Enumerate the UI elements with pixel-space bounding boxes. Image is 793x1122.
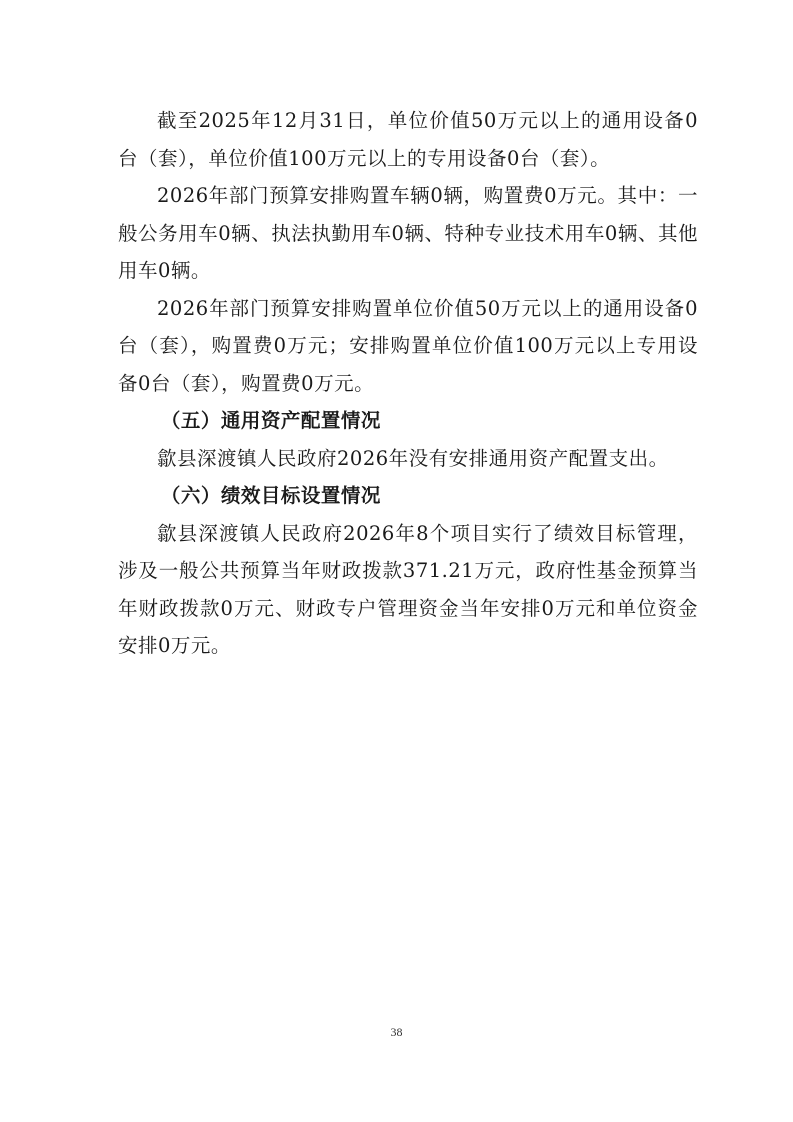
paragraph-equipment-purchase: 2026年部门预算安排购置单位价值50万元以上的通用设备0台（套），购置费0万元… (118, 290, 698, 403)
page-number: 38 (0, 1025, 793, 1040)
paragraph-general-assets: 歙县深渡镇人民政府2026年没有安排通用资产配置支出。 (118, 440, 698, 478)
section-heading-performance-goals: （六）绩效目标设置情况 (118, 477, 698, 515)
section-heading-general-assets: （五）通用资产配置情况 (118, 402, 698, 440)
paragraph-equipment-status: 截至2025年12月31日，单位价值50万元以上的通用设备0台（套），单位价值1… (118, 102, 698, 177)
document-body: 截至2025年12月31日，单位价值50万元以上的通用设备0台（套），单位价值1… (118, 102, 698, 665)
paragraph-performance-goals: 歙县深渡镇人民政府2026年8个项目实行了绩效目标管理，涉及一般公共预算当年财政… (118, 515, 698, 665)
paragraph-vehicle-purchase: 2026年部门预算安排购置车辆0辆，购置费0万元。其中：一般公务用车0辆、执法执… (118, 177, 698, 290)
